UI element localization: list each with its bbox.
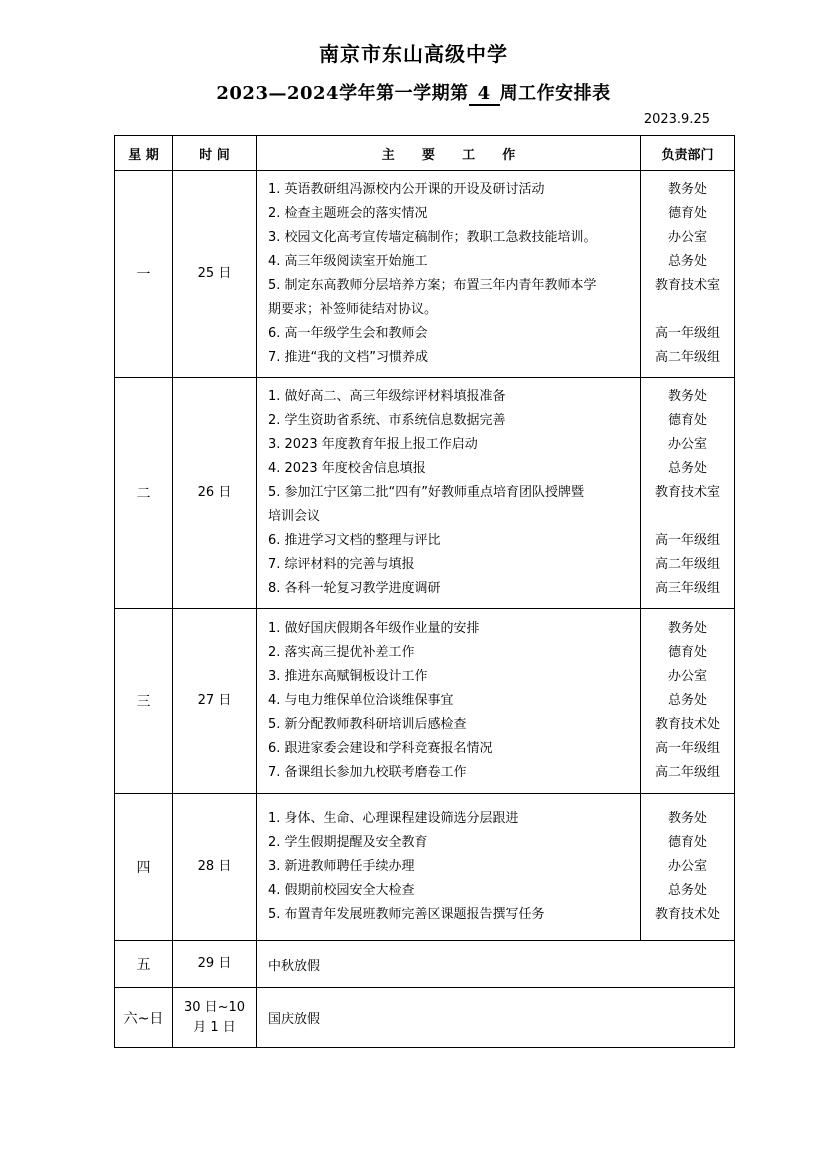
work-item-line: 5. 参加江宁区第二批“四有”好教师重点培育团队授牌暨 (268, 481, 634, 505)
dept-label-line: 办公室 (643, 433, 732, 457)
work-item-line: 5. 布置青年发展班教师完善区课题报告撰写任务 (268, 903, 634, 927)
dept-label-line (643, 505, 732, 529)
work-item-line: 2. 落实高三提优补差工作 (268, 641, 634, 665)
work-item-line: 7. 备课组长参加九校联考磨卷工作 (268, 761, 634, 785)
day-cell: 五 (115, 941, 173, 988)
day-cell: 二 (115, 378, 173, 609)
work-item-line: 5. 新分配教师教科研培训后感检查 (268, 713, 634, 737)
dept-cell: 教务处德育处办公室总务处教育技术室 高一年级组高二年级组高三年级组 (641, 378, 735, 609)
work-item-line: 5. 制定东高教师分层培养方案；布置三年内青年教师本学 (268, 274, 634, 298)
work-cell: 1. 身体、生命、心理课程建设筛选分层跟进2. 学生假期提醒及安全教育3. 新进… (257, 794, 641, 941)
dept-label-line: 教育技术处 (643, 713, 732, 737)
work-item-line: 培训会议 (268, 505, 634, 529)
header-row: 星 期 时 间 主 要 工 作 负责部门 (115, 136, 735, 171)
dept-label-line: 办公室 (643, 855, 732, 879)
table-row: 二26 日1. 做好高二、高三年级综评材料填报准备2. 学生资助省系统、市系统信… (115, 378, 735, 609)
work-item-line: 1. 做好国庆假期各年级作业量的安排 (268, 617, 634, 641)
header-day: 星 期 (115, 136, 173, 171)
dept-label-line: 教务处 (643, 617, 732, 641)
work-item-line: 1. 身体、生命、心理课程建设筛选分层跟进 (268, 807, 634, 831)
work-item-line: 4. 2023 年度校舍信息填报 (268, 457, 634, 481)
header-department: 负责部门 (641, 136, 735, 171)
time-cell: 30 日~10月 1 日 (173, 988, 257, 1048)
time-cell: 29 日 (173, 941, 257, 988)
dept-label-line: 总务处 (643, 689, 732, 713)
document-date: 2023.9.25 (114, 112, 734, 127)
work-item-line: 1. 英语教研组冯源校内公开课的开设及研讨活动 (268, 178, 634, 202)
dept-label-line: 教育技术处 (643, 903, 732, 927)
work-item-line: 1. 做好高二、高三年级综评材料填报准备 (268, 385, 634, 409)
work-item-line: 3. 校园文化高考宣传墙定稿制作；教职工急救技能培训。 (268, 226, 634, 250)
holiday-note-cell: 国庆放假 (257, 988, 735, 1048)
table-row: 四28 日1. 身体、生命、心理课程建设筛选分层跟进2. 学生假期提醒及安全教育… (115, 794, 735, 941)
document-page: 南京市东山高级中学 2023—2024学年第一学期第4周工作安排表 2023.9… (0, 0, 827, 1170)
dept-label-line: 教育技术室 (643, 481, 732, 505)
work-cell: 1. 做好国庆假期各年级作业量的安排2. 落实高三提优补差工作3. 推进东高赋铜… (257, 609, 641, 794)
work-item-line: 2. 学生假期提醒及安全教育 (268, 831, 634, 855)
work-item-line: 4. 假期前校园安全大检查 (268, 879, 634, 903)
dept-label-line: 德育处 (643, 409, 732, 433)
work-item-line: 7. 推进“我的文档”习惯养成 (268, 346, 634, 370)
work-item-line: 3. 2023 年度教育年报上报工作启动 (268, 433, 634, 457)
dept-label-line: 总务处 (643, 250, 732, 274)
dept-label-line: 教务处 (643, 385, 732, 409)
dept-label-line: 教育技术室 (643, 274, 732, 298)
dept-cell: 教务处德育处办公室总务处教育技术处 (641, 794, 735, 941)
subtitle-suffix: 周工作安排表 (500, 83, 611, 104)
dept-label-line (643, 298, 732, 322)
time-cell: 27 日 (173, 609, 257, 794)
dept-label-line: 德育处 (643, 641, 732, 665)
time-cell: 25 日 (173, 171, 257, 378)
work-item-line: 3. 新进教师聘任手续办理 (268, 855, 634, 879)
work-item-line: 8. 各科一轮复习教学进度调研 (268, 577, 634, 601)
schedule-tbody: 一25 日1. 英语教研组冯源校内公开课的开设及研讨活动2. 检查主题班会的落实… (115, 171, 735, 1048)
dept-label-line: 高一年级组 (643, 737, 732, 761)
subtitle-prefix: 2023—2024学年第一学期第 (216, 83, 468, 104)
work-item-line: 7. 综评材料的完善与填报 (268, 553, 634, 577)
dept-label-line: 高二年级组 (643, 553, 732, 577)
work-item-line: 4. 与电力维保单位洽谈维保事宜 (268, 689, 634, 713)
table-row: 五29 日中秋放假 (115, 941, 735, 988)
dept-label-line: 教务处 (643, 178, 732, 202)
day-cell: 一 (115, 171, 173, 378)
work-cell: 1. 英语教研组冯源校内公开课的开设及研讨活动2. 检查主题班会的落实情况3. … (257, 171, 641, 378)
dept-label-line: 德育处 (643, 202, 732, 226)
header-time: 时 间 (173, 136, 257, 171)
dept-label-line: 高一年级组 (643, 322, 732, 346)
school-title: 南京市东山高级中学 (0, 38, 827, 67)
work-schedule-table: 星 期 时 间 主 要 工 作 负责部门 一25 日1. 英语教研组冯源校内公开… (114, 135, 735, 1048)
day-cell: 六~日 (115, 988, 173, 1048)
holiday-note-cell: 中秋放假 (257, 941, 735, 988)
dept-cell: 教务处德育处办公室总务处教育技术处高一年级组高二年级组 (641, 609, 735, 794)
time-line: 30 日~10 (177, 998, 252, 1018)
dept-label-line: 办公室 (643, 665, 732, 689)
day-cell: 四 (115, 794, 173, 941)
header-main-work: 主 要 工 作 (257, 136, 641, 171)
work-item-line: 期要求；补签师徒结对协议。 (268, 298, 634, 322)
table-row: 三27 日1. 做好国庆假期各年级作业量的安排2. 落实高三提优补差工作3. 推… (115, 609, 735, 794)
dept-cell: 教务处德育处办公室总务处教育技术室 高一年级组高二年级组 (641, 171, 735, 378)
day-cell: 三 (115, 609, 173, 794)
work-cell: 1. 做好高二、高三年级综评材料填报准备2. 学生资助省系统、市系统信息数据完善… (257, 378, 641, 609)
dept-label-line: 德育处 (643, 831, 732, 855)
time-line: 月 1 日 (177, 1018, 252, 1038)
dept-label-line: 总务处 (643, 457, 732, 481)
work-item-line: 6. 高一年级学生会和教师会 (268, 322, 634, 346)
work-item-line: 2. 检查主题班会的落实情况 (268, 202, 634, 226)
dept-label-line: 教务处 (643, 807, 732, 831)
table-row: 一25 日1. 英语教研组冯源校内公开课的开设及研讨活动2. 检查主题班会的落实… (115, 171, 735, 378)
dept-label-line: 总务处 (643, 879, 732, 903)
work-item-line: 2. 学生资助省系统、市系统信息数据完善 (268, 409, 634, 433)
dept-label-line: 高一年级组 (643, 529, 732, 553)
time-cell: 28 日 (173, 794, 257, 941)
work-item-line: 6. 推进学习文档的整理与评比 (268, 529, 634, 553)
week-number: 4 (469, 83, 500, 106)
dept-label-line: 办公室 (643, 226, 732, 250)
table-row: 六~日30 日~10月 1 日国庆放假 (115, 988, 735, 1048)
document-title: 2023—2024学年第一学期第4周工作安排表 (0, 79, 827, 106)
time-cell: 26 日 (173, 378, 257, 609)
dept-label-line: 高二年级组 (643, 346, 732, 370)
work-item-line: 3. 推进东高赋铜板设计工作 (268, 665, 634, 689)
dept-label-line: 高二年级组 (643, 761, 732, 785)
dept-label-line: 高三年级组 (643, 577, 732, 601)
work-item-line: 6. 跟进家委会建设和学科竞赛报名情况 (268, 737, 634, 761)
work-item-line: 4. 高三年级阅读室开始施工 (268, 250, 634, 274)
